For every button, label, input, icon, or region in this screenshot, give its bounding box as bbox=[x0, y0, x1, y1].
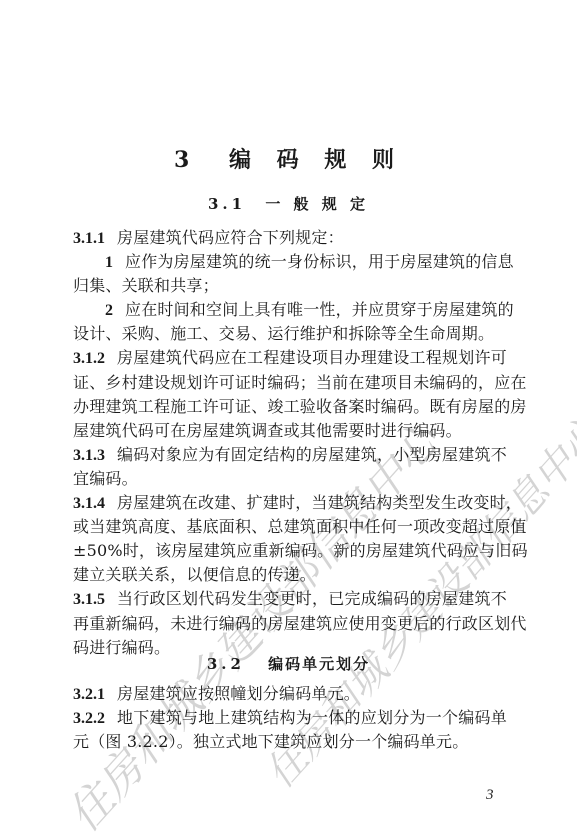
text-line: 建立关联关系，以便信息的传递。 bbox=[73, 563, 507, 587]
clause-text: 屋建筑代码可在房屋建筑调查或其他需要时进行编码。 bbox=[73, 421, 462, 440]
clause-number: 2 bbox=[105, 302, 113, 319]
text-line: 2应在时间和空间上具有唯一性，并应贯穿于房屋建筑的 bbox=[73, 298, 507, 322]
text-line: 3.2.2地下建筑与地上建筑结构为一体的应划分为一个编码单 bbox=[73, 706, 507, 730]
text-line: 证、乡村建设规划许可证时编码；当前在建项目未编码的，应在 bbox=[73, 371, 507, 395]
clause-number: 3.1.2 bbox=[73, 350, 105, 367]
clause-text: ±50%时，该房屋建筑应重新编码。新的房屋建筑代码应与旧码 bbox=[73, 541, 528, 560]
clause-text: 房屋建筑代码应在工程建设项目办理建设工程规划许可 bbox=[117, 348, 507, 367]
clause-text: 房屋建筑代码应符合下列规定： bbox=[117, 228, 344, 247]
text-line: ±50%时，该房屋建筑应重新编码。新的房屋建筑代码应与旧码 bbox=[73, 539, 507, 563]
chapter-number: 3 bbox=[174, 147, 198, 173]
text-line: 1应作为房屋建筑的统一身份标识，用于房屋建筑的信息 bbox=[73, 250, 507, 274]
text-line: 元（图 3.2.2）。独立式地下建筑应划分一个编码单元。 bbox=[73, 730, 507, 754]
clause-number: 3.1.1 bbox=[73, 230, 105, 247]
clause-text: 元（图 3.2.2）。独立式地下建筑应划分一个编码单元。 bbox=[73, 732, 468, 751]
clause-text: 宜编码。 bbox=[73, 469, 138, 488]
clause-text: 证、乡村建设规划许可证时编码；当前在建项目未编码的，应在 bbox=[73, 373, 527, 392]
clause-text: 地下建筑与地上建筑结构为一体的应划分为一个编码单 bbox=[117, 708, 507, 727]
section-title-3-1: 3.1 一 般 规 定 bbox=[0, 193, 577, 214]
section-3-2-body: 3.2.1房屋建筑应按照幢划分编码单元。3.2.2地下建筑与地上建筑结构为一体的… bbox=[73, 682, 507, 754]
section-title-3-2: 3.2 编码单元划分 bbox=[0, 653, 577, 674]
clause-text: 应作为房屋建筑的统一身份标识，用于房屋建筑的信息 bbox=[125, 252, 514, 271]
text-line: 3.1.2房屋建筑代码应在工程建设项目办理建设工程规划许可 bbox=[73, 346, 507, 370]
chapter-title: 3 编 码 规 则 bbox=[0, 143, 577, 174]
clause-text: 当行政区划代码发生变更时，已完成编码的房屋建筑不 bbox=[117, 589, 507, 608]
clause-number: 3.1.3 bbox=[73, 447, 105, 464]
clause-text: 办理建筑工程施工许可证、竣工验收备案时编码。既有房屋的房 bbox=[73, 397, 527, 416]
clause-text: 或当建筑高度、基底面积、总建筑面积中任何一项改变超过原值 bbox=[73, 517, 527, 536]
section-3-1-body: 3.1.1房屋建筑代码应符合下列规定：1应作为房屋建筑的统一身份标识，用于房屋建… bbox=[73, 226, 507, 660]
clause-text: 再重新编码，未进行编码的房屋建筑应使用变更后的行政区划代 bbox=[73, 614, 527, 633]
text-line: 设计、采购、施工、交易、运行维护和拆除等全生命周期。 bbox=[73, 322, 507, 346]
text-line: 3.2.1房屋建筑应按照幢划分编码单元。 bbox=[73, 682, 507, 706]
text-line: 3.1.5当行政区划代码发生变更时，已完成编码的房屋建筑不 bbox=[73, 587, 507, 611]
document-page: 住房和城乡建设部信息中心 住房和城乡建设部信息中心 3 编 码 规 则 3.1 … bbox=[0, 0, 577, 837]
chapter-name: 编 码 规 则 bbox=[229, 147, 403, 173]
clause-text: 设计、采购、施工、交易、运行维护和拆除等全生命周期。 bbox=[73, 324, 494, 343]
text-line: 3.1.3编码对象应为有固定结构的房屋建筑，小型房屋建筑不 bbox=[73, 443, 507, 467]
text-line: 3.1.4房屋建筑在改建、扩建时，当建筑结构类型发生改变时， bbox=[73, 491, 507, 515]
text-line: 宜编码。 bbox=[73, 467, 507, 491]
section-name: 编码单元划分 bbox=[268, 655, 370, 673]
section-name: 一 般 规 定 bbox=[265, 195, 369, 213]
text-line: 或当建筑高度、基底面积、总建筑面积中任何一项改变超过原值 bbox=[73, 515, 507, 539]
clause-text: 房屋建筑应按照幢划分编码单元。 bbox=[117, 684, 360, 703]
clause-text: 归集、关联和共享； bbox=[73, 276, 219, 295]
clause-number: 3.1.4 bbox=[73, 495, 105, 512]
clause-text: 建立关联关系，以便信息的传递。 bbox=[73, 565, 316, 584]
text-line: 屋建筑代码可在房屋建筑调查或其他需要时进行编码。 bbox=[73, 419, 507, 443]
section-number: 3.2 bbox=[207, 655, 245, 673]
clause-text: 房屋建筑在改建、扩建时，当建筑结构类型发生改变时， bbox=[117, 493, 522, 512]
clause-number: 3.2.1 bbox=[73, 686, 105, 703]
clause-number: 3.2.2 bbox=[73, 710, 105, 727]
clause-number: 3.1.5 bbox=[73, 591, 105, 608]
clause-number: 1 bbox=[105, 254, 113, 271]
text-line: 再重新编码，未进行编码的房屋建筑应使用变更后的行政区划代 bbox=[73, 612, 507, 636]
page-number: 3 bbox=[486, 787, 494, 804]
text-line: 归集、关联和共享； bbox=[73, 274, 507, 298]
clause-text: 编码对象应为有固定结构的房屋建筑，小型房屋建筑不 bbox=[117, 445, 507, 464]
text-line: 3.1.1房屋建筑代码应符合下列规定： bbox=[73, 226, 507, 250]
text-line: 办理建筑工程施工许可证、竣工验收备案时编码。既有房屋的房 bbox=[73, 395, 507, 419]
section-number: 3.1 bbox=[208, 195, 246, 213]
clause-text: 应在时间和空间上具有唯一性，并应贯穿于房屋建筑的 bbox=[125, 300, 514, 319]
